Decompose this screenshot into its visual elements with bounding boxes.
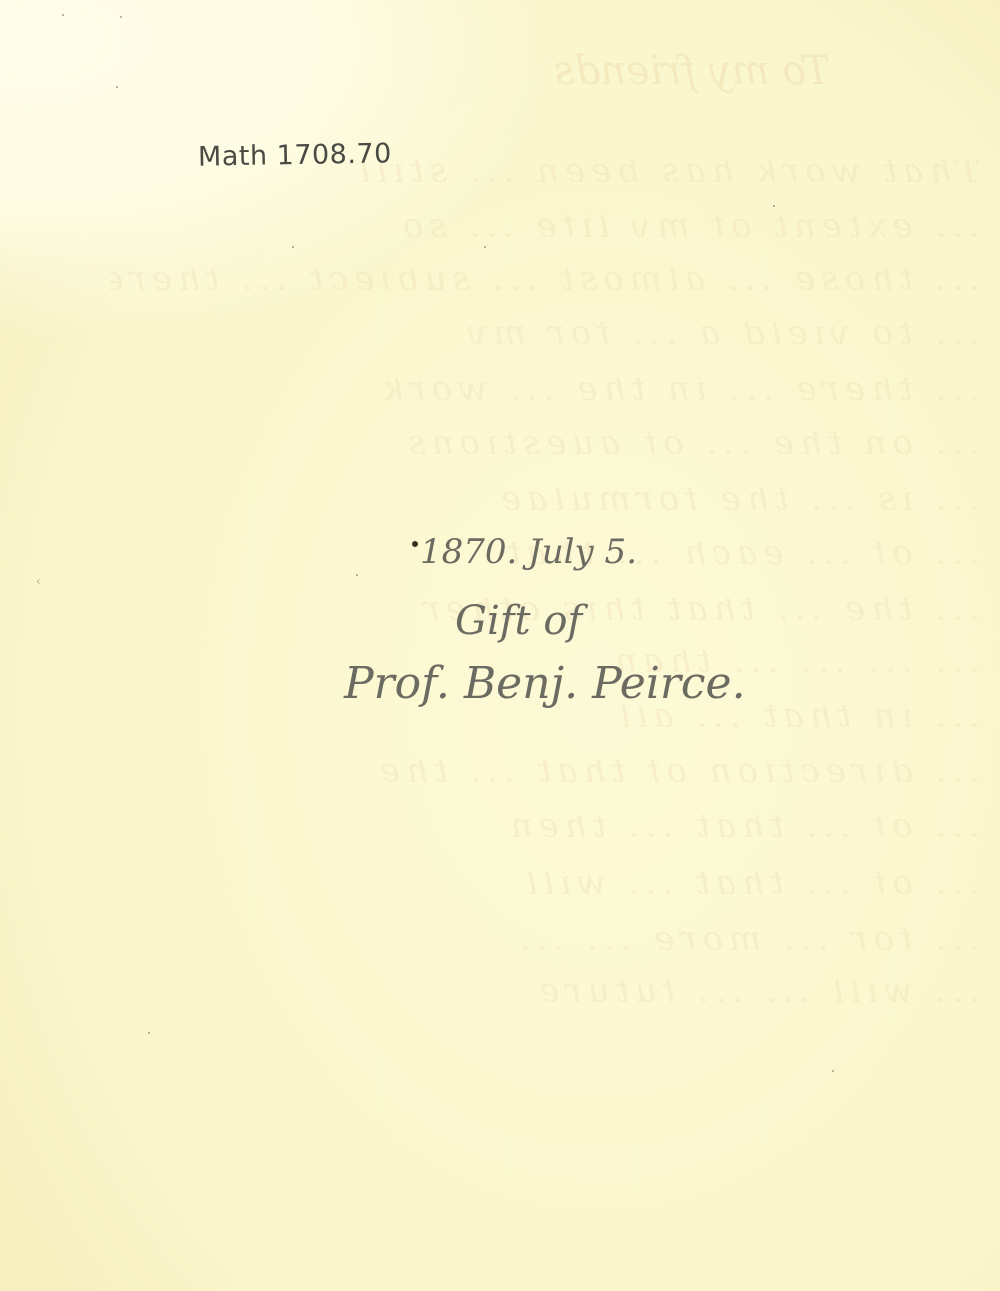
inscription-donor: Prof. Benj. Peirce. xyxy=(344,658,746,709)
bleed-through-line: ... extent of my life ... so xyxy=(110,215,980,237)
bleed-through-line: ... on the ... of questions xyxy=(110,432,980,454)
bleed-through-line: ... for ... more ... ... xyxy=(110,928,980,950)
inscription-date-line: 1870. July 5. xyxy=(412,532,637,572)
paper-speck xyxy=(356,574,358,576)
bleed-through-line: ... will ... ... future xyxy=(110,980,980,1002)
library-call-number: Math 1708.70 xyxy=(198,138,392,172)
manuscript-page: To my friends That work has been ... sti… xyxy=(0,0,1000,1291)
paper-speck xyxy=(148,1032,150,1034)
bleed-through-line: ... those ... almost ... subject ... the… xyxy=(110,268,980,290)
inscription-gift-line: Gift of xyxy=(455,598,582,644)
paper-speck xyxy=(62,14,64,16)
bleed-through-line: ... of ... that ... then xyxy=(110,815,980,837)
paper-speck xyxy=(116,86,118,88)
paper-speck xyxy=(832,1070,834,1072)
inscription-date: 1870. July 5. xyxy=(420,532,637,572)
bleed-through-line: ... of ... that ... will xyxy=(110,872,980,894)
ink-dot xyxy=(412,541,418,547)
paper-speck xyxy=(120,16,122,18)
gift-inscription: 1870. July 5. Gift of Prof. Benj. Peirce… xyxy=(340,510,810,750)
bleed-through-line: ... direction of that ... the xyxy=(110,760,980,782)
bleed-through-line: ... there ... in the ... work xyxy=(110,378,980,400)
edge-pencil-mark: ‹ xyxy=(36,574,41,588)
bleed-through-line: ... to yield a ... for my xyxy=(110,322,980,344)
paper-speck xyxy=(484,246,486,248)
bleed-through-heading: To my friends xyxy=(430,48,830,94)
bleed-through-line: ... is ... the formulae xyxy=(110,488,980,510)
paper-speck xyxy=(773,205,775,207)
paper-speck xyxy=(292,246,294,248)
